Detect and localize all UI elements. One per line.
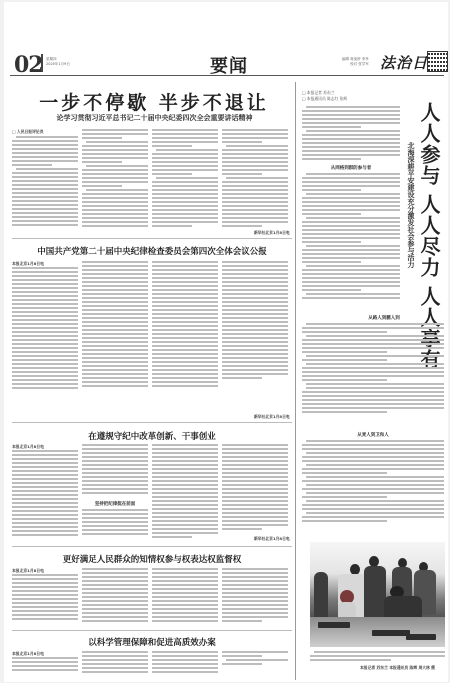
page-number: 02 (14, 52, 43, 78)
article-2-subhead: 坚持把纪律挺在前面 (82, 501, 148, 507)
article-1-column-1 (12, 267, 78, 392)
article-2-column-1 (12, 450, 78, 540)
article-headline-ccdi-communique: 中国共产党第二十届中央纪律检查委员会第四次全体会议公报 (12, 245, 292, 257)
lead-article-column-3 (152, 129, 218, 228)
article-4-column-1 (12, 657, 78, 675)
lead-article-column-4 (222, 129, 288, 228)
article-2-column-3 (152, 444, 218, 540)
proofreader: 校对 张学军 (342, 62, 369, 67)
newspaper-page: 02 星期四 2025年1月9日 要闻 编辑 蒋劭舒 李孝 校对 张学军 法治日… (4, 2, 448, 682)
editor-credits: 编辑 蒋劭舒 李孝 校对 张学军 (342, 57, 369, 67)
section-title: 要闻 (210, 52, 248, 78)
qr-code-icon (427, 51, 448, 72)
feature-photo (310, 542, 445, 647)
article-3-column-1 (12, 574, 78, 624)
lead-headline: 一步不停歇 半步不退让 (29, 88, 279, 115)
feature-section-1 (302, 173, 400, 303)
date: 2025年1月9日 (46, 62, 70, 67)
feature-intro (302, 106, 400, 164)
article-headline-scientific-management: 以科学管理保障和促进高质效办案 (12, 636, 292, 648)
article-2-column-2 (82, 444, 148, 498)
section-divider (12, 422, 292, 423)
article-3-column-4 (222, 568, 288, 624)
article-3-column-2 (82, 568, 148, 624)
section-divider (12, 238, 292, 239)
lead-subheadline: 论学习贯彻习近平总书记二十届中央纪委四次全会重要讲话精神 (32, 113, 277, 123)
page-number-divider (41, 54, 43, 72)
feature-subhead-1: 从网格到群防参与者 (302, 165, 400, 171)
feature-section-2 (302, 323, 444, 431)
lead-signoff: 新华社北京1月8日电 (254, 230, 290, 236)
issue-date: 星期四 2025年1月9日 (46, 57, 70, 67)
article-4-column-2 (82, 651, 148, 675)
article-2-column-4 (222, 444, 288, 532)
lead-article-column-1 (12, 136, 78, 228)
article-4-column-4 (222, 651, 288, 675)
feature-byline-correspondent: □ 本报通讯员 陈志红 张辉 (302, 96, 347, 102)
column-divider (295, 82, 296, 680)
feature-subhead-3: 从麦人到卫和人 (302, 432, 444, 438)
article-3-column-3 (152, 568, 218, 624)
feature-subhead-2: 从路人到鹏人到 (324, 315, 444, 321)
article-2-column-2b (82, 509, 148, 540)
section-divider (12, 546, 292, 547)
photo-caption (310, 651, 445, 663)
article-1-column-4 (222, 261, 288, 385)
masthead: 02 星期四 2025年1月9日 要闻 编辑 蒋劭舒 李孝 校对 张学军 法治日… (10, 50, 444, 76)
lead-byline: □ 人民日报评论员 (12, 129, 44, 135)
article-4-column-3 (152, 651, 218, 675)
photo-credit: 本报记者 苏东兰 本报通讯员 陈辉 周大林 摄 (360, 665, 435, 671)
article-1-column-2 (82, 261, 148, 392)
article-headline-discipline-reform: 在遵规守纪中改革创新、干事创业 (12, 430, 292, 442)
feature-vertical-subheadline: 北海深耕平安建设充分激发社会参与活力 (406, 142, 416, 268)
article-2-signoff: 新华社北京1月8日电 (254, 536, 290, 542)
article-1-column-3 (152, 261, 218, 392)
article-headline-public-rights: 更好满足人民群众的知情权参与权表达权监督权 (12, 553, 292, 565)
feature-section-3 (302, 440, 444, 538)
lead-article-column-2 (82, 129, 148, 228)
section-divider (12, 630, 292, 631)
article-1-signoff: 新华社北京1月8日电 (254, 414, 290, 420)
